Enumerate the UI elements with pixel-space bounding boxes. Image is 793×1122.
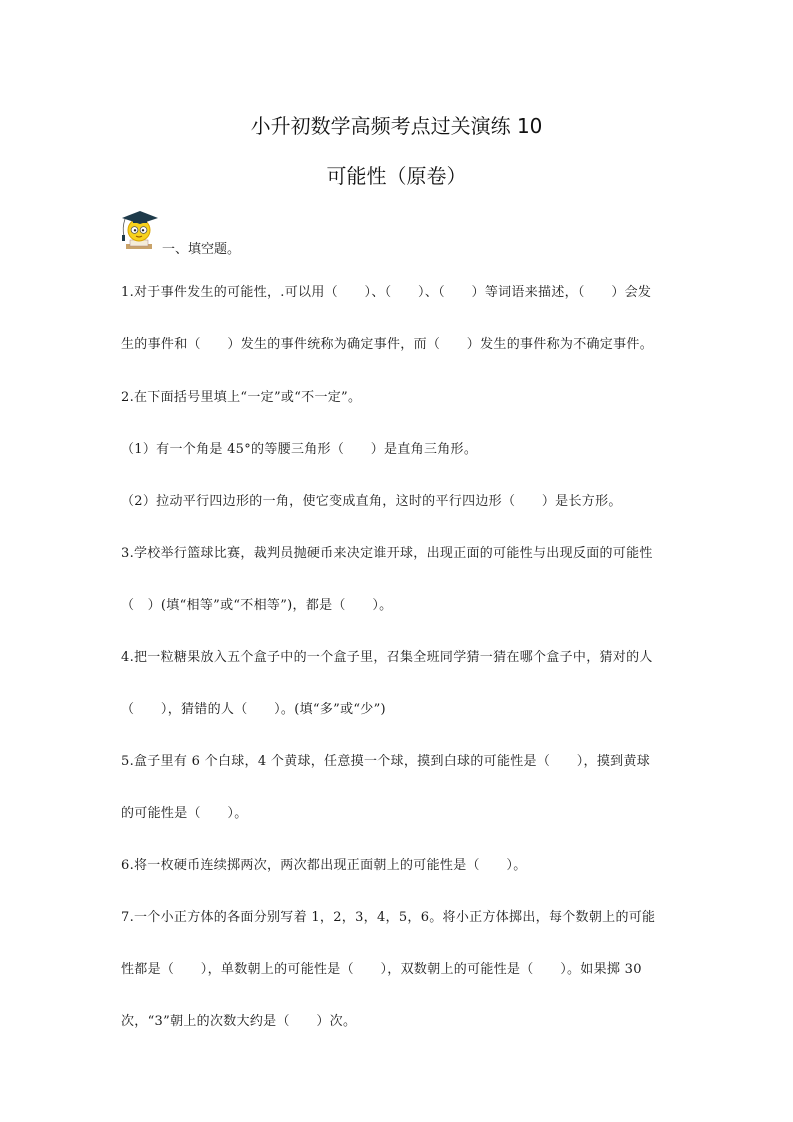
question-4-line-1: 4.把一粒糖果放入五个盒子中的一个盒子里，召集全班同学猜一猜在哪个盒子中，猜对的… xyxy=(121,646,653,665)
question-2-line-3: （2）拉动平行四边形的一角，使它变成直角，这时的平行四边形（ ）是长方形。 xyxy=(121,490,622,509)
question-3-line-2: （ ）(填“相等”或“不相等”)，都是（ ）。 xyxy=(121,594,392,613)
question-1-line-2: 生的事件和（ ）发生的事件统称为确定事件，而（ ）发生的事件称为不确定事件。 xyxy=(121,333,653,352)
question-1-line-1: 1.对于事件发生的可能性，.可以用（ ）、（ ）、（ ）等词语来描述，（ ）会发 xyxy=(121,281,651,300)
question-4-line-2: （ ），猜错的人（ ）。(填“多”或“少”) xyxy=(121,698,386,717)
question-7-line-1: 7.一个小正方体的各面分别写着 1，2，3，4，5，6。将小正方体掷出，每个数朝… xyxy=(121,906,655,925)
question-2-line-1: 2.在下面括号里填上“一定”或“不一定”。 xyxy=(121,386,361,405)
page-subtitle: 可能性（原卷） xyxy=(0,160,793,189)
question-2-line-2: （1）有一个角是 45°的等腰三角形（ ）是直角三角形。 xyxy=(121,438,477,457)
question-7-line-3: 次，“3”朝上的次数大约是（ ）次。 xyxy=(121,1010,356,1029)
page-title: 小升初数学高频考点过关演练 10 xyxy=(0,110,793,139)
question-5-line-1: 5.盒子里有 6 个白球，4 个黄球，任意摸一个球，摸到白球的可能性是（ ），摸… xyxy=(121,750,650,769)
graduate-mascot-icon xyxy=(118,208,162,252)
question-7-line-2: 性都是（ ），单数朝上的可能性是（ ），双数朝上的可能性是（ ）。如果掷 30 xyxy=(121,958,642,977)
question-5-line-2: 的可能性是（ ）。 xyxy=(121,802,248,821)
question-3-line-1: 3.学校举行篮球比赛，裁判员抛硬币来决定谁开球，出现正面的可能性与出现反面的可能… xyxy=(121,542,653,561)
question-6-line-1: 6.将一枚硬币连续掷两次，两次都出现正面朝上的可能性是（ ）。 xyxy=(121,854,527,873)
section-label: 一、填空题。 xyxy=(162,238,240,257)
